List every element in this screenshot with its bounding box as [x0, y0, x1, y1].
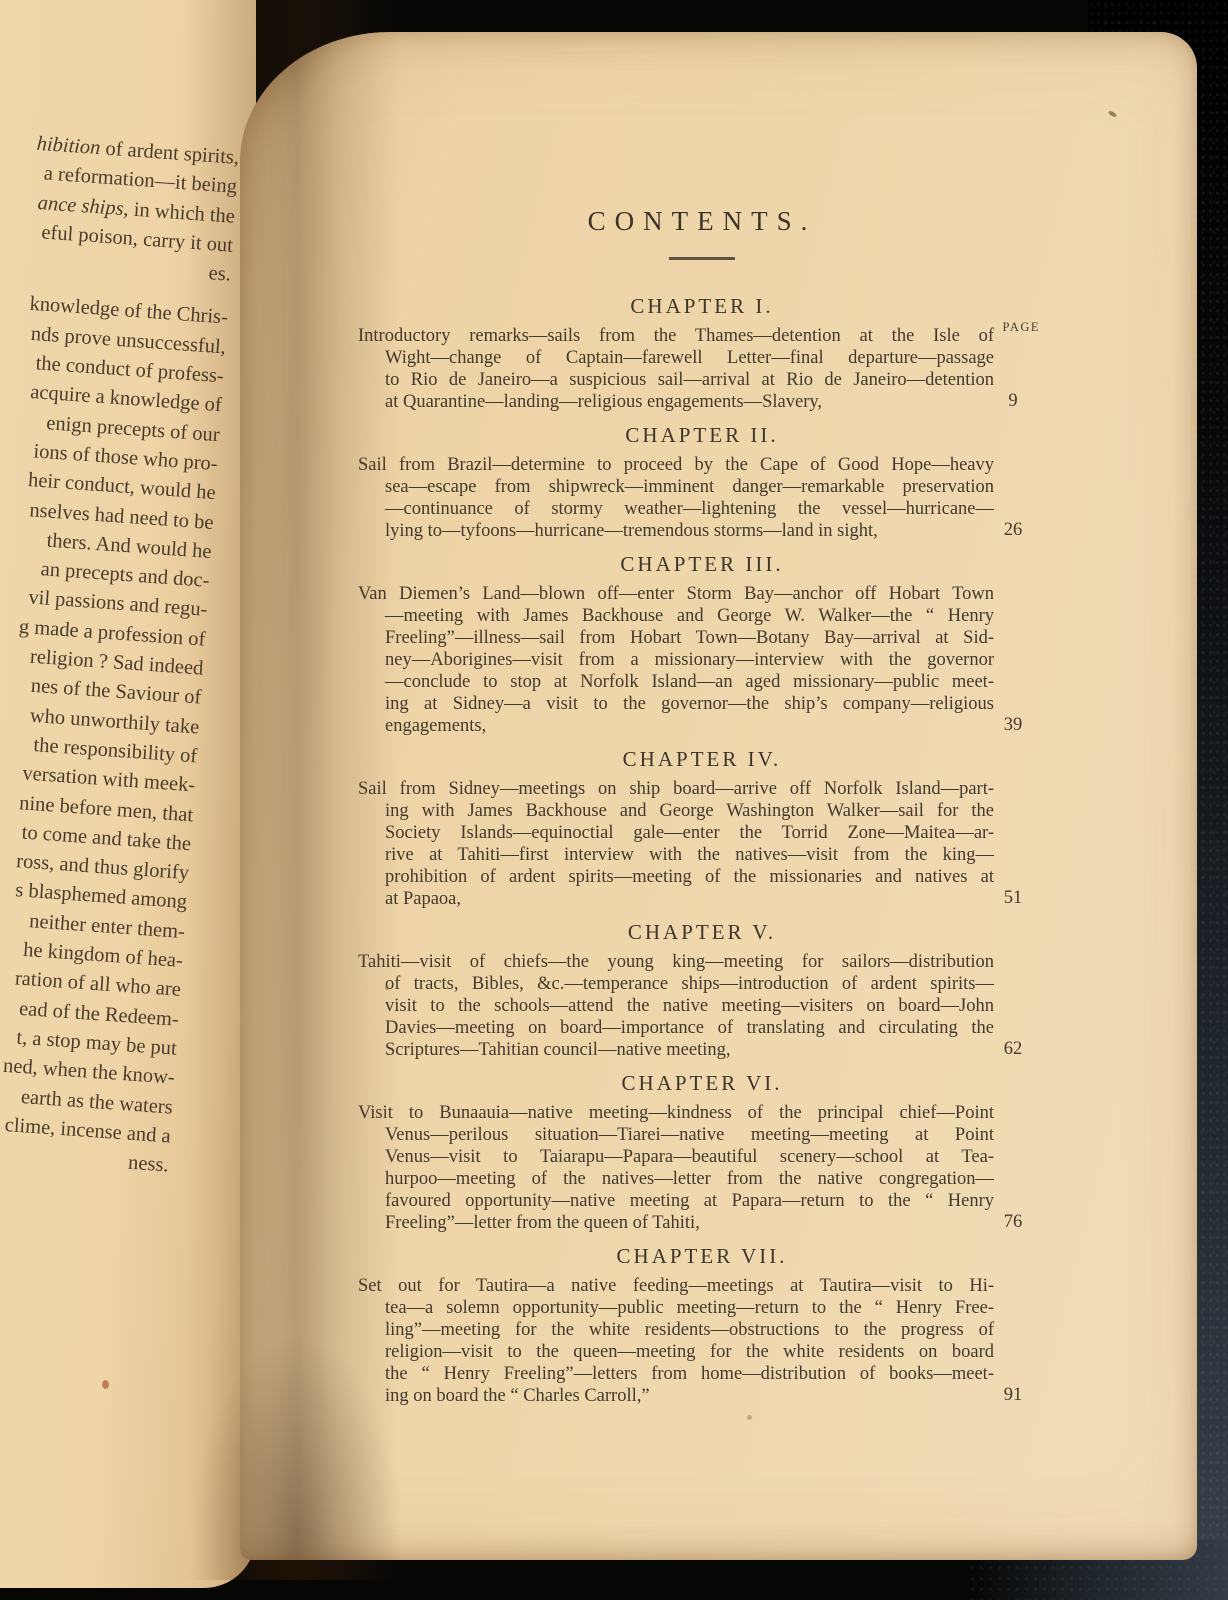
toc-entry-line: Venus—perilous situation—Tiarei—native m… — [358, 1124, 994, 1146]
title-divider-rule — [669, 257, 735, 260]
toc-entry-line: Freeling”—illness—sail from Hobart Town—… — [358, 627, 994, 649]
chapter-heading: CHAPTER III. — [384, 552, 1020, 576]
toc-entry-line: Sail from Brazil—determine to proceed by… — [358, 454, 994, 476]
toc-entry-line: prohibition of ardent spirits—meeting of… — [358, 866, 994, 888]
toc-entry-line: ney—Aborigines—visit from a missionary—i… — [358, 649, 994, 671]
page-number: 9 — [998, 390, 1028, 412]
chapter-heading: CHAPTER V. — [384, 920, 1020, 944]
toc-entry: Van Diemen’s Land—blown off—enter Storm … — [358, 583, 994, 737]
left-page-paragraph: knowledge of the Chris-nds prove unsucce… — [0, 274, 229, 1181]
toc-entry-line: Wight—change of Captain—farewell Letter—… — [358, 347, 994, 369]
toc-entry: Sail from Brazil—determine to proceed by… — [358, 454, 994, 542]
toc-entry-line: —conclude to stop at Norfolk Island—an a… — [358, 671, 994, 693]
toc-entry-line: at Papaoa, — [358, 888, 994, 910]
chapter-heading: CHAPTER VII. — [384, 1244, 1020, 1268]
toc-entry-line: Venus—visit to Taiarapu—Papara—beautiful… — [358, 1146, 994, 1168]
toc-entry-line: —meeting with James Backhouse and George… — [358, 605, 994, 627]
chapter-heading: CHAPTER VI. — [384, 1071, 1020, 1095]
toc-entry-line: Sail from Sidney—meetings on ship board—… — [358, 778, 994, 800]
toc-entry-line: ing on board the “ Charles Carroll,” — [358, 1385, 994, 1407]
toc-entry-line: Introductory remarks—sails from the Tham… — [358, 325, 994, 347]
toc-entry-line: Set out for Tautira—a native feeding—mee… — [358, 1275, 994, 1297]
page-column-label: PAGE — [958, 320, 1040, 335]
toc-entry-line: of tracts, Bibles, &c.—temperance ships—… — [358, 973, 994, 995]
toc-entry: Introductory remarks—sails from the Tham… — [358, 325, 994, 413]
toc-entry-line: Davies—meeting on board—importance of tr… — [358, 1017, 994, 1039]
page-number: 39 — [998, 714, 1028, 736]
contents-block: CONTENTS. CHAPTER I.Introductory remarks… — [358, 32, 994, 1407]
chapter-heading: CHAPTER IV. — [384, 747, 1020, 771]
toc-entry-line: lying to—tyfoons—hurricane—tremendous st… — [358, 520, 994, 542]
page-number: 51 — [998, 887, 1028, 909]
toc-entry-line: —continuance of stormy weather—lightenin… — [358, 498, 994, 520]
chapter-heading: CHAPTER II. — [384, 423, 1020, 447]
toc-entry-line: rive at Tahiti—first interview with the … — [358, 844, 994, 866]
toc-entry-line: to Rio de Janeiro—a suspicious sail—arri… — [358, 369, 994, 391]
toc-entry: Set out for Tautira—a native feeding—mee… — [358, 1275, 994, 1407]
toc-entry-line: Freeling”—letter from the queen of Tahit… — [358, 1212, 994, 1234]
toc-entry-line: religion—visit to the queen—meeting for … — [358, 1341, 994, 1363]
left-page-text: hibition of ardent spirits,a reformation… — [0, 114, 240, 1181]
chapter-heading: CHAPTER I. — [384, 294, 1020, 318]
page-number: 76 — [998, 1211, 1028, 1233]
toc-entry-line: visit to the schools—attend the native m… — [358, 995, 994, 1017]
toc-entry-line: engagements, — [358, 715, 994, 737]
toc-entry-line: hurpoo—meeting of the natives—letter fro… — [358, 1168, 994, 1190]
toc-entry-line: tea—a solemn opportunity—public meeting—… — [358, 1297, 994, 1319]
toc-entry-line: Society Islands—equinoctial gale—enter t… — [358, 822, 994, 844]
toc-entry: Sail from Sidney—meetings on ship board—… — [358, 778, 994, 910]
page-number: 62 — [998, 1038, 1028, 1060]
toc-entry-line: sea—escape from shipwreck—imminent dange… — [358, 476, 994, 498]
toc-entry-line: the “ Henry Freeling”—letters from home—… — [358, 1363, 994, 1385]
toc-entry: Tahiti—visit of chiefs—the young king—me… — [358, 951, 994, 1061]
page-title: CONTENTS. — [384, 208, 1020, 235]
left-page-paragraph: hibition of ardent spirits,a reformation… — [0, 114, 240, 290]
toc-entry: Visit to Bunaauia—native meeting—kindnes… — [358, 1102, 994, 1234]
book-photo: hibition of ardent spirits,a reformation… — [0, 0, 1228, 1600]
page-number: 26 — [998, 519, 1028, 541]
toc-list: CHAPTER I.Introductory remarks—sails fro… — [358, 294, 994, 1407]
toc-entry-line: ing at Sidney—a visit to the governor—th… — [358, 693, 994, 715]
toc-entry-line: favoured opportunity—native meeting at P… — [358, 1190, 994, 1212]
toc-entry-line: Tahiti—visit of chiefs—the young king—me… — [358, 951, 994, 973]
left-page: hibition of ardent spirits,a reformation… — [0, 0, 256, 1588]
toc-entry-line: Scriptures—Tahitian council—native meeti… — [358, 1039, 994, 1061]
toc-entry-line: ing with James Backhouse and George Wash… — [358, 800, 994, 822]
page-number: 91 — [998, 1384, 1028, 1406]
toc-entry-line: ling”—meeting for the white residents—ob… — [358, 1319, 994, 1341]
toc-entry-line: Van Diemen’s Land—blown off—enter Storm … — [358, 583, 994, 605]
toc-entry-line: Visit to Bunaauia—native meeting—kindnes… — [358, 1102, 994, 1124]
right-page: CONTENTS. CHAPTER I.Introductory remarks… — [240, 32, 1197, 1560]
toc-entry-line: at Quarantine—landing—religious engageme… — [358, 391, 994, 413]
